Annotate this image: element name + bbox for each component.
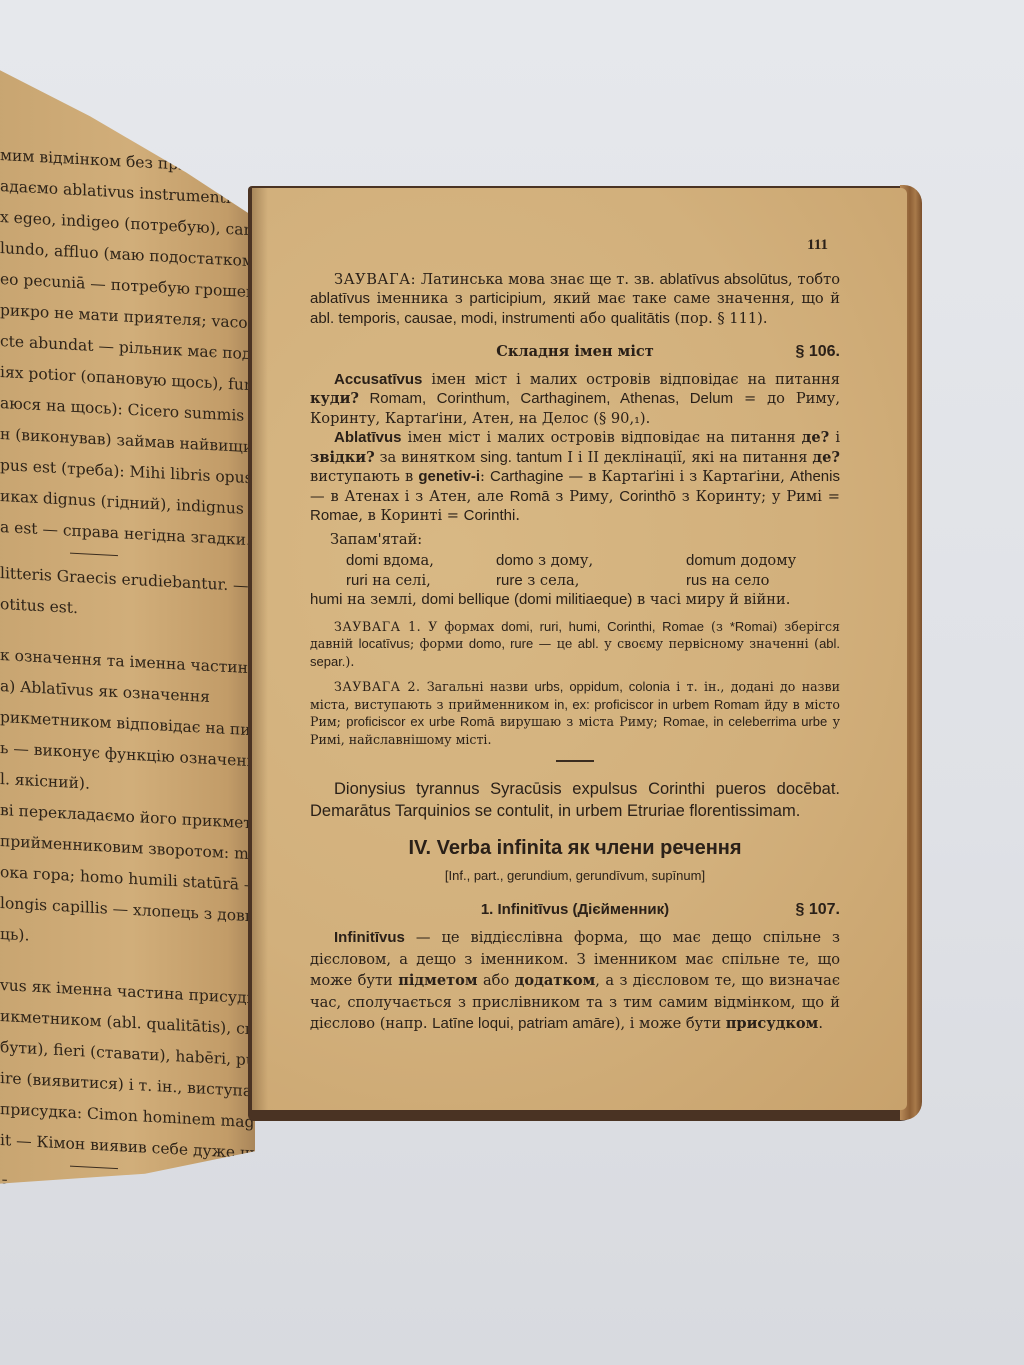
latin-exercise: Dionysius tyrannus Syracūsis expulsus Co… bbox=[310, 778, 840, 822]
humi-line: humi на землі, domi bellique (domi milit… bbox=[310, 590, 840, 610]
chapter-subtitle: [Inf., part., gerundium, gerundīvum, sup… bbox=[310, 866, 840, 886]
left-divider bbox=[70, 1166, 118, 1170]
remember-cell: rure з села, bbox=[496, 571, 686, 591]
remember-label: Запам'ятай: bbox=[310, 530, 840, 550]
note-1: ЗАУВАГА 1. У формах domi, ruri, humi, Co… bbox=[310, 618, 840, 671]
section-heading-107: 1. Infinitīvus (Дієйменник) § 107. bbox=[310, 900, 840, 920]
divider-rule bbox=[556, 760, 594, 762]
left-line: ēnum et hostem difficili transitu flumen… bbox=[0, 1171, 255, 1185]
section-number: § 106. bbox=[796, 342, 840, 362]
note-2: ЗАУВАГА 2. Загальні назви urbs, oppidum,… bbox=[310, 678, 840, 748]
remember-cell: rus на село bbox=[686, 571, 886, 591]
note-intro: ЗАУВАГА: Латинська мова знає ще т. зв. a… bbox=[310, 270, 840, 329]
paragraph-accusativus: Accusatīvus імен міст і малих островів в… bbox=[310, 370, 840, 429]
chapter-title: IV. Verba infinita як члени речення bbox=[310, 839, 840, 859]
section-number: § 107. bbox=[796, 900, 840, 920]
gutter-shadow bbox=[252, 188, 268, 1110]
section-title: 1. Infinitīvus (Дієйменник) bbox=[481, 901, 669, 918]
left-divider bbox=[70, 553, 118, 557]
paragraph-infinitivus: Infinitīvus — це віддієслівна форма, що … bbox=[310, 927, 840, 1035]
section-heading-106: Складня імен міст § 106. bbox=[310, 342, 840, 362]
page-number: 111 bbox=[310, 236, 840, 256]
right-page-text: 111 ЗАУВАГА: Латинська мова знає ще т. з… bbox=[310, 236, 840, 1035]
remember-cell: domum додому bbox=[686, 551, 886, 571]
remember-cell: domi вдома, bbox=[346, 551, 496, 571]
left-page-text: мим відмінком без прийменника або з при-… bbox=[0, 140, 255, 1185]
section-title: Складня імен міст bbox=[496, 343, 654, 360]
left-page: мим відмінком без прийменника або з при-… bbox=[0, 60, 255, 1185]
paragraph-ablativus: Ablatīvus імен міст і малих островів від… bbox=[310, 428, 840, 526]
remember-cell: ruri на селі, bbox=[346, 571, 496, 591]
remember-table: domi вдома, domo з дому, domum додому ru… bbox=[310, 551, 840, 590]
remember-cell: domo з дому, bbox=[496, 551, 686, 571]
